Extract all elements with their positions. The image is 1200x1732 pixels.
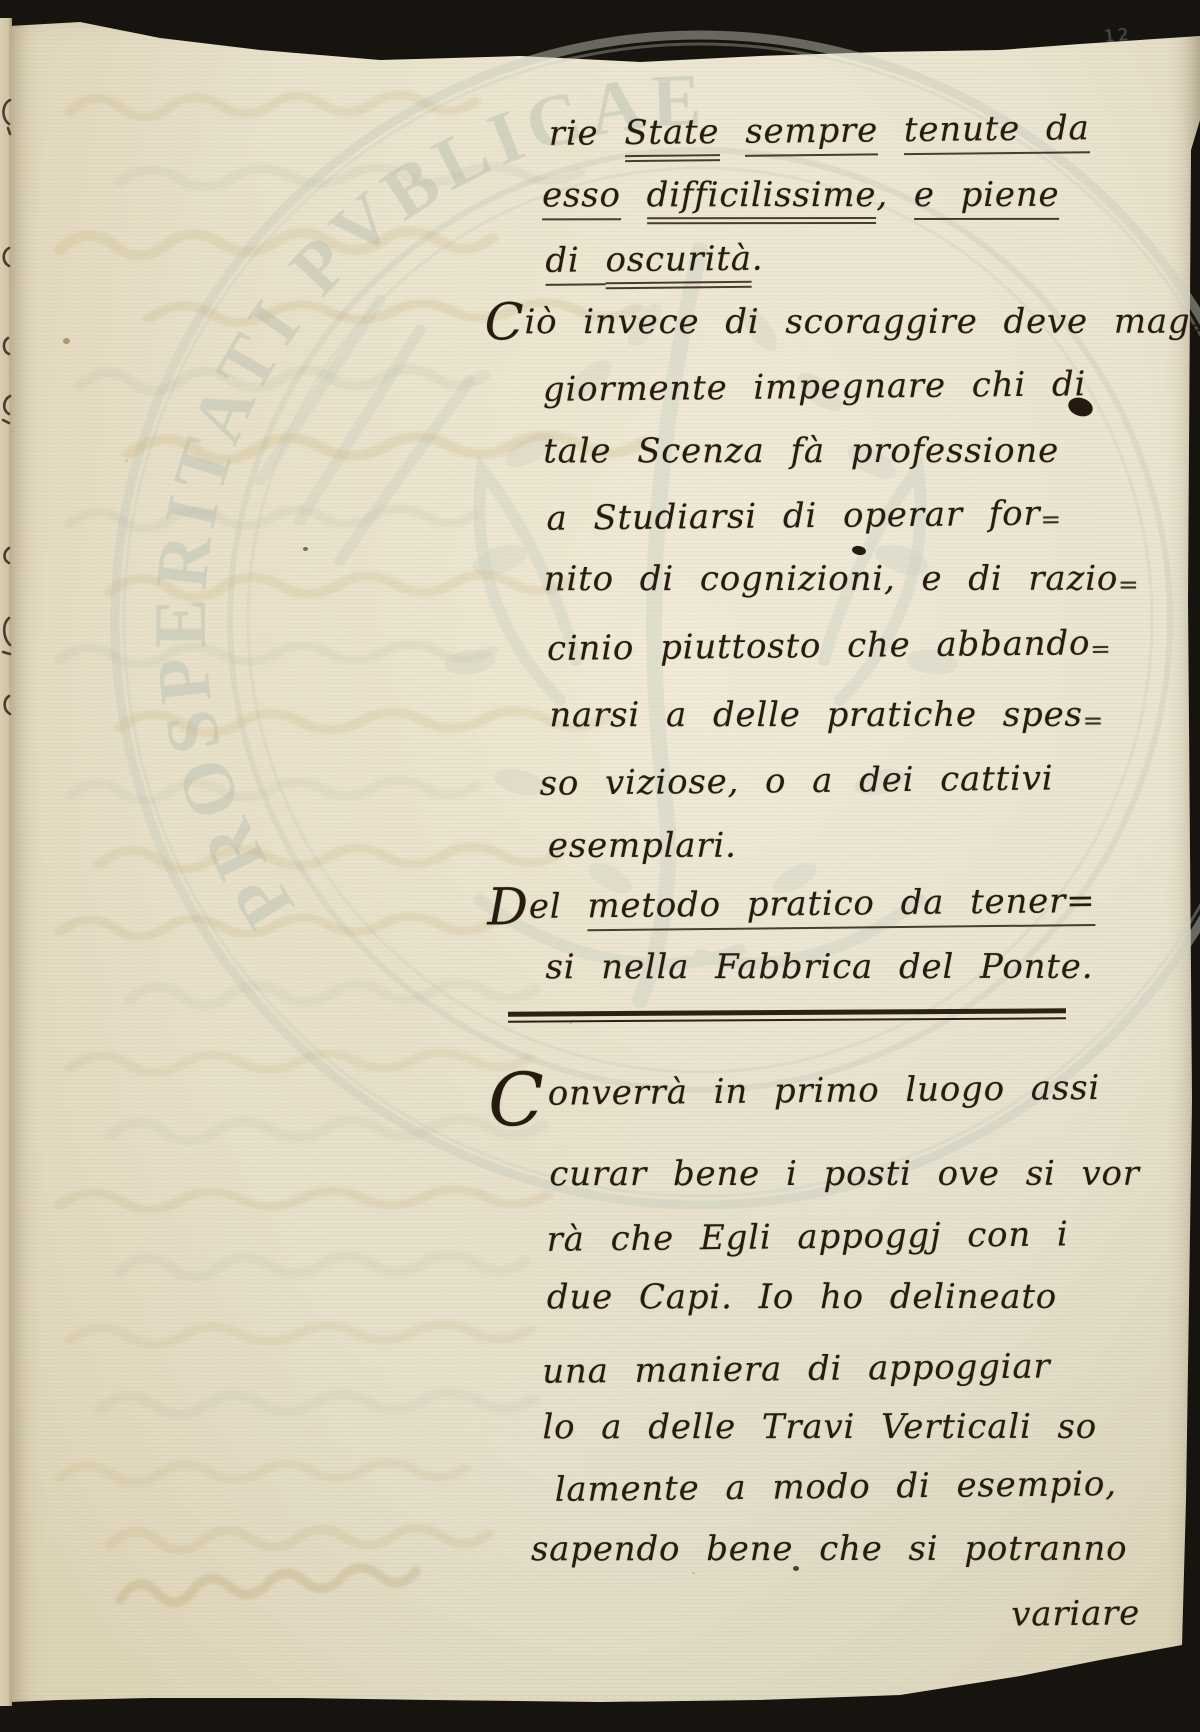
manuscript-word-segment: = <box>1083 706 1103 735</box>
manuscript-word-segment: rà che Egli appoggj con i <box>546 1214 1068 1259</box>
manuscript-word-segment: D <box>487 878 529 937</box>
manuscript-word-segment: sempre <box>745 110 878 156</box>
manuscript-word-segment: oscurità <box>605 239 752 290</box>
manuscript-line: cinio piuttosto che abbando= <box>547 623 1110 669</box>
manuscript-word-segment: = <box>1090 634 1110 663</box>
manuscript-word-segment: metodo pratico da tener= <box>587 881 1096 931</box>
manuscript-line: due Capi. Io ho delineato <box>547 1277 1057 1317</box>
facing-page-text-fragments <box>0 0 30 1732</box>
ink-speck <box>793 1566 799 1571</box>
manuscript-word-segment: iò invece di scoraggire deve mag <box>524 302 1190 343</box>
manuscript-word-segment: esemplari. <box>548 826 737 866</box>
manuscript-word-segment: tenute da <box>904 108 1090 155</box>
manuscript-line: variare <box>1011 1593 1140 1634</box>
manuscript-line: una maniera di appoggiar <box>542 1346 1051 1391</box>
text-layer: rie State sempre tenute daesso difficili… <box>0 0 1200 1732</box>
manuscript-word-segment: sapendo bene che si potranno <box>531 1529 1128 1570</box>
manuscript-word-segment: = <box>1118 570 1138 599</box>
manuscript-word-segment <box>719 112 745 152</box>
manuscript-word-segment <box>878 110 904 150</box>
manuscript-word-segment: rie <box>549 113 625 154</box>
scanned-manuscript-page: PROSPERITATI PVBLICAE <box>0 0 1200 1732</box>
manuscript-word-segment: variare <box>1011 1593 1140 1634</box>
manuscript-word-segment: = <box>1190 313 1200 342</box>
manuscript-word-segment: so viziose, o a dei cattivi <box>539 758 1053 803</box>
manuscript-line: si nella Fabbrica del Ponte. <box>545 947 1093 987</box>
manuscript-line: di oscurità. <box>545 239 763 281</box>
manuscript-line: curar bene i posti ove si vor <box>549 1154 1140 1195</box>
manuscript-word-segment: una maniera di appoggiar <box>542 1346 1051 1391</box>
manuscript-line: sapendo bene che si potranno <box>531 1529 1128 1570</box>
manuscript-line: so viziose, o a dei cattivi <box>539 758 1053 803</box>
manuscript-word-segment: tale Scenza fà professione <box>543 431 1059 471</box>
manuscript-word-segment <box>621 175 647 215</box>
manuscript-word-segment: di <box>545 240 606 286</box>
manuscript-word-segment: esso <box>542 175 621 220</box>
manuscript-line: rà che Egli appoggj con i <box>546 1214 1068 1259</box>
manuscript-line: lo a delle Travi Verticali so <box>542 1407 1097 1447</box>
manuscript-word-segment: C <box>488 1058 546 1144</box>
manuscript-word-segment: C <box>485 293 525 352</box>
manuscript-word-segment: e piene <box>914 175 1060 220</box>
manuscript-word-segment: cinio piuttosto che abbando <box>547 623 1091 669</box>
manuscript-word-segment: State <box>624 112 720 162</box>
manuscript-word-segment: onverrà in primo luogo assi <box>548 1068 1101 1114</box>
manuscript-word-segment: lo a delle Travi Verticali so <box>542 1407 1097 1447</box>
manuscript-line: Del metodo pratico da tener= <box>487 881 1096 927</box>
manuscript-word-segment: = <box>1040 504 1060 533</box>
manuscript-line: esemplari. <box>548 826 737 866</box>
manuscript-line: a Studiarsi di operar for= <box>546 493 1060 538</box>
manuscript-word-segment: lamente a modo di esempio, <box>555 1464 1117 1510</box>
manuscript-word-segment: due Capi. Io ho delineato <box>547 1277 1057 1317</box>
manuscript-word-segment: difficilissime <box>647 175 877 224</box>
manuscript-word-segment: . <box>752 239 764 279</box>
paper-stains <box>63 338 70 344</box>
manuscript-word-segment: giormente impegnare chi di <box>543 364 1087 410</box>
manuscript-word-segment: a Studiarsi di operar for <box>546 494 1040 539</box>
manuscript-word-segment: narsi a delle pratiche spes <box>549 695 1082 735</box>
manuscript-line: narsi a delle pratiche spes= <box>549 695 1102 735</box>
manuscript-line: rie State sempre tenute da <box>549 108 1090 154</box>
manuscript-line: nito di cognizioni, e di razio= <box>544 559 1138 600</box>
manuscript-word-segment: nito di cognizioni, e di razio <box>544 559 1118 600</box>
manuscript-line: giormente impegnare chi di <box>543 364 1087 410</box>
manuscript-line: esso difficilissime, e piene <box>542 175 1059 215</box>
manuscript-line: tale Scenza fà professione <box>543 431 1059 471</box>
manuscript-word-segment: curar bene i posti ove si vor <box>549 1154 1140 1195</box>
manuscript-word-segment: , <box>876 175 914 215</box>
manuscript-line: Ciò invece di scoraggire deve mag= <box>485 302 1200 343</box>
manuscript-line: Converrà in primo luogo assi <box>488 1068 1100 1114</box>
pencil-page-number: 12 <box>1103 25 1133 48</box>
manuscript-line: lamente a modo di esempio, <box>555 1464 1117 1510</box>
manuscript-word-segment: si nella Fabbrica del Ponte. <box>545 947 1093 987</box>
manuscript-word-segment: el <box>529 886 588 927</box>
